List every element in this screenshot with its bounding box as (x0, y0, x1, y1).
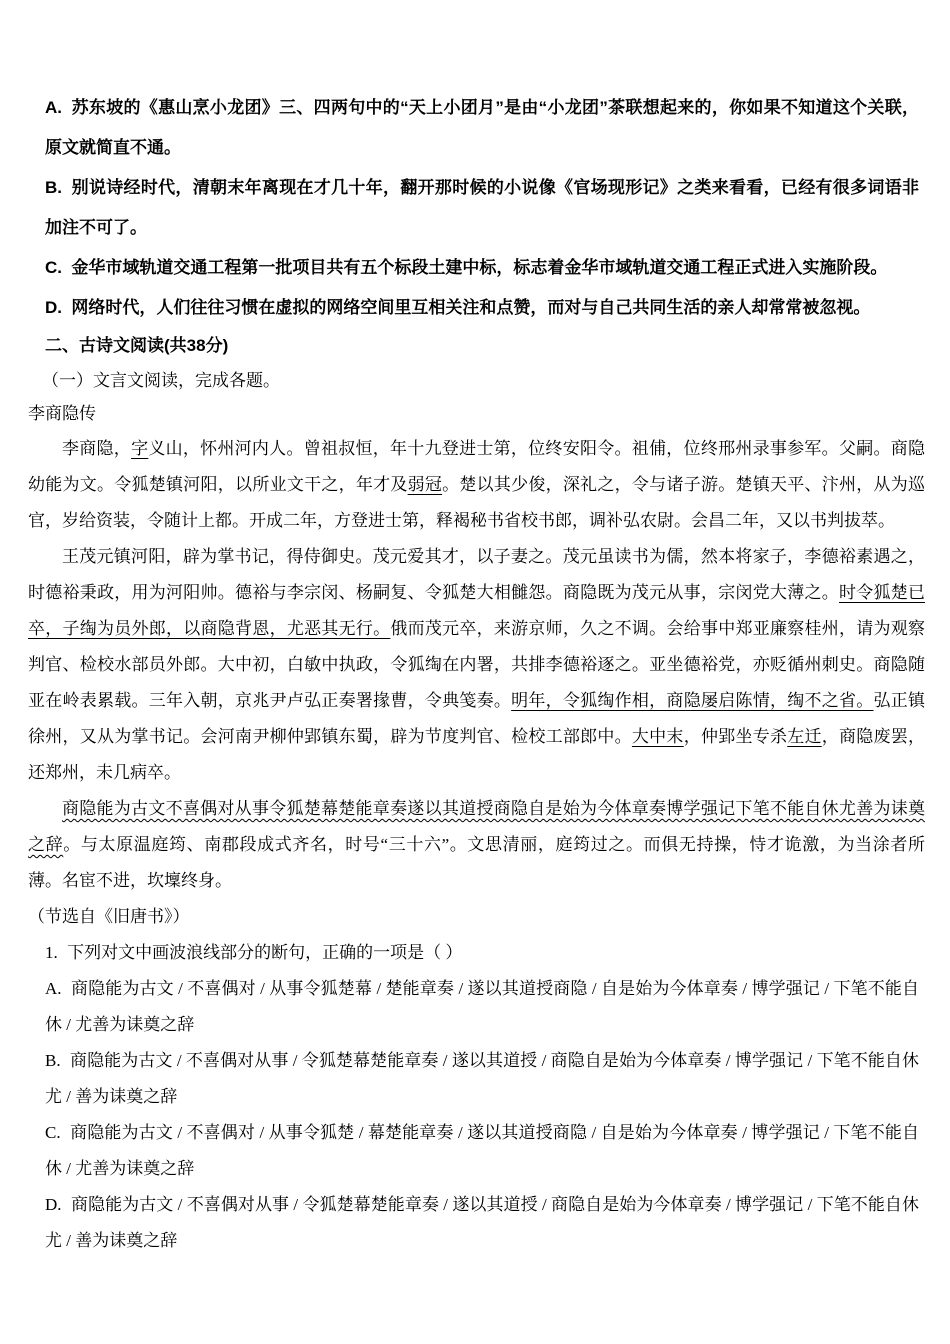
passage-paragraph-3: 商隐能为古文不喜偶对从事令狐楚幕楚能章奏遂以其道授商隐自是始为今体章奏博学强记下… (28, 791, 925, 899)
passage-paragraph-2: 王茂元镇河阳，辟为掌书记，得侍御史。茂元爱其才，以子妻之。茂元虽读书为儒，然本将… (28, 539, 925, 791)
option-text: 商隐能为古文 / 不喜偶对 / 从事令狐楚幕 / 楚能章奏 / 遂以其道授商隐 … (45, 979, 919, 1034)
answer-option-a: A.商隐能为古文 / 不喜偶对 / 从事令狐楚幕 / 楚能章奏 / 遂以其道授商… (45, 971, 919, 1043)
option-label: A. (45, 979, 62, 998)
choice-label: C. (45, 258, 62, 277)
option-label: D. (45, 1195, 62, 1214)
option-label: C. (45, 1123, 61, 1142)
option-text: 商隐能为古文 / 不喜偶对从事 / 令狐楚幕楚能章奏 / 遂以其道授 / 商隐自… (45, 1195, 919, 1250)
question-number: 1. (45, 943, 58, 962)
subsection-heading: （一）文言文阅读，完成各题。 (28, 364, 925, 397)
choice-row-b: B.别说诗经时代，清朝末年离现在才几十年，翻开那时候的小说像《官场现形记》之类来… (45, 168, 919, 248)
option-text: 商隐能为古文 / 不喜偶对从事 / 令狐楚幕楚能章奏 / 遂以其道授 / 商隐自… (45, 1051, 919, 1106)
choice-row-a: A.苏东坡的《惠山烹小龙团》三、四两句中的“天上小团月”是由“小龙团”茶联想起来… (45, 88, 919, 168)
choice-label: B. (45, 178, 62, 197)
answer-option-d: D.商隐能为古文 / 不喜偶对从事 / 令狐楚幕楚能章奏 / 遂以其道授 / 商… (45, 1187, 919, 1259)
choice-label: A. (45, 98, 62, 117)
question-stem: 1.下列对文中画波浪线部分的断句，正确的一项是（ ） (45, 935, 919, 971)
choice-label: D. (45, 298, 62, 317)
option-text: 商隐能为古文 / 不喜偶对 / 从事令狐楚 / 幕楚能章奏 / 遂以其道授商隐 … (45, 1123, 919, 1178)
choice-row-d: D.网络时代，人们往往习惯在虚拟的网络空间里互相关注和点赞，而对与自己共同生活的… (45, 288, 919, 328)
section-heading: 二、古诗文阅读(共38分) (28, 328, 925, 364)
passage-title: 李商隐传 (28, 397, 925, 431)
classical-passage: 李商隐，字义山，怀州河内人。曾祖叔恒，年十九登进士第，位终安阳令。祖俌，位终邢州… (28, 431, 925, 935)
excerpt-source: （节选自《旧唐书》） (28, 899, 925, 935)
question-stem-text: 下列对文中画波浪线部分的断句，正确的一项是（ ） (67, 943, 462, 962)
choice-text: 苏东坡的《惠山烹小龙团》三、四两句中的“天上小团月”是由“小龙团”茶联想起来的，… (45, 98, 919, 157)
context-options-block: A.苏东坡的《惠山烹小龙团》三、四两句中的“天上小团月”是由“小龙团”茶联想起来… (28, 88, 925, 328)
choice-text: 金华市域轨道交通工程第一批项目共有五个标段土建中标，标志着金华市域轨道交通工程正… (71, 258, 887, 277)
question-1-block: 1.下列对文中画波浪线部分的断句，正确的一项是（ ） A.商隐能为古文 / 不喜… (28, 935, 925, 1259)
answer-option-b: B.商隐能为古文 / 不喜偶对从事 / 令狐楚幕楚能章奏 / 遂以其道授 / 商… (45, 1043, 919, 1115)
passage-paragraph-1: 李商隐，字义山，怀州河内人。曾祖叔恒，年十九登进士第，位终安阳令。祖俌，位终邢州… (28, 431, 925, 539)
option-label: B. (45, 1051, 61, 1070)
choice-text: 网络时代，人们往往习惯在虚拟的网络空间里互相关注和点赞，而对与自己共同生活的亲人… (71, 298, 870, 317)
choice-text: 别说诗经时代，清朝末年离现在才几十年，翻开那时候的小说像《官场现形记》之类来看看… (45, 178, 919, 237)
exam-page: A.苏东坡的《惠山烹小龙团》三、四两句中的“天上小团月”是由“小龙团”茶联想起来… (0, 0, 950, 1259)
answer-option-c: C.商隐能为古文 / 不喜偶对 / 从事令狐楚 / 幕楚能章奏 / 遂以其道授商… (45, 1115, 919, 1187)
choice-row-c: C.金华市域轨道交通工程第一批项目共有五个标段土建中标，标志着金华市域轨道交通工… (45, 248, 919, 288)
